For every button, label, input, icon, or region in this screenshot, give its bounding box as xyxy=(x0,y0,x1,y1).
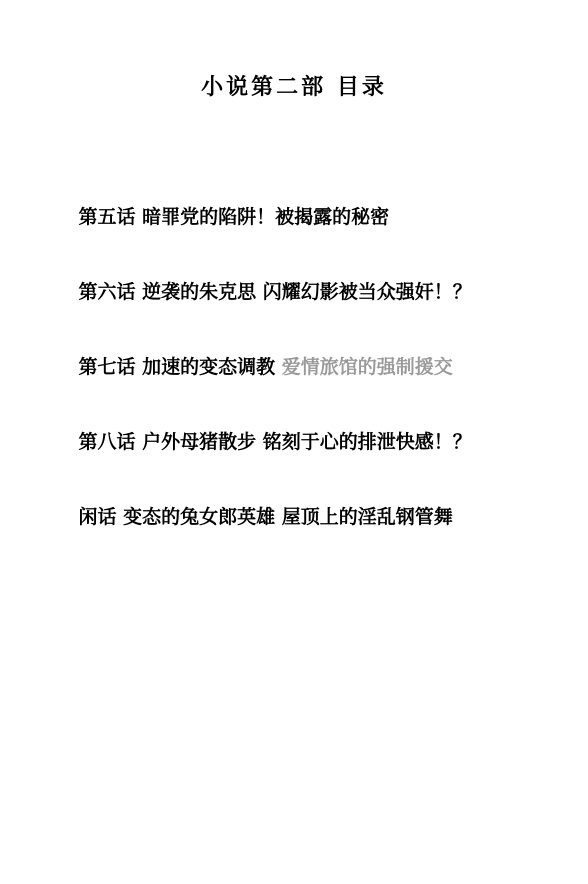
toc-entry-main-text: 第六话 逆袭的朱克思 闪耀幻影被当众强奸！？ xyxy=(78,281,471,303)
toc-entry-main-text: 闲话 变态的兔女郎英雄 屋顶上的淫乱钢管舞 xyxy=(78,506,452,528)
toc-entry-main-text: 第七话 加速的变态调教 xyxy=(78,356,281,378)
toc-entry-muted-text: 爱情旅馆的强制援交 xyxy=(282,356,453,378)
page-title: 小说第二部 目录 xyxy=(0,70,588,101)
toc-entry-chapter-7: 第七话 加速的变态调教 爱情旅馆的强制援交 xyxy=(52,330,453,405)
document-page: 小说第二部 目录 第五话 暗罪党的陷阱！被揭露的秘密 第六话 逆袭的朱克思 闪耀… xyxy=(0,0,588,884)
toc-entry-main-text: 第五话 暗罪党的陷阱！被揭露的秘密 xyxy=(78,206,389,228)
toc-entry-chapter-5: 第五话 暗罪党的陷阱！被揭露的秘密 xyxy=(52,180,389,255)
toc-entry-chapter-8: 第八话 户外母猪散步 铭刻于心的排泄快感！？ xyxy=(52,405,472,480)
toc-entry-chapter-6: 第六话 逆袭的朱克思 闪耀幻影被当众强奸！？ xyxy=(52,255,472,330)
toc-entry-extra: 闲话 变态的兔女郎英雄 屋顶上的淫乱钢管舞 xyxy=(52,480,453,555)
toc-entry-main-text: 第八话 户外母猪散步 铭刻于心的排泄快感！？ xyxy=(78,431,471,453)
